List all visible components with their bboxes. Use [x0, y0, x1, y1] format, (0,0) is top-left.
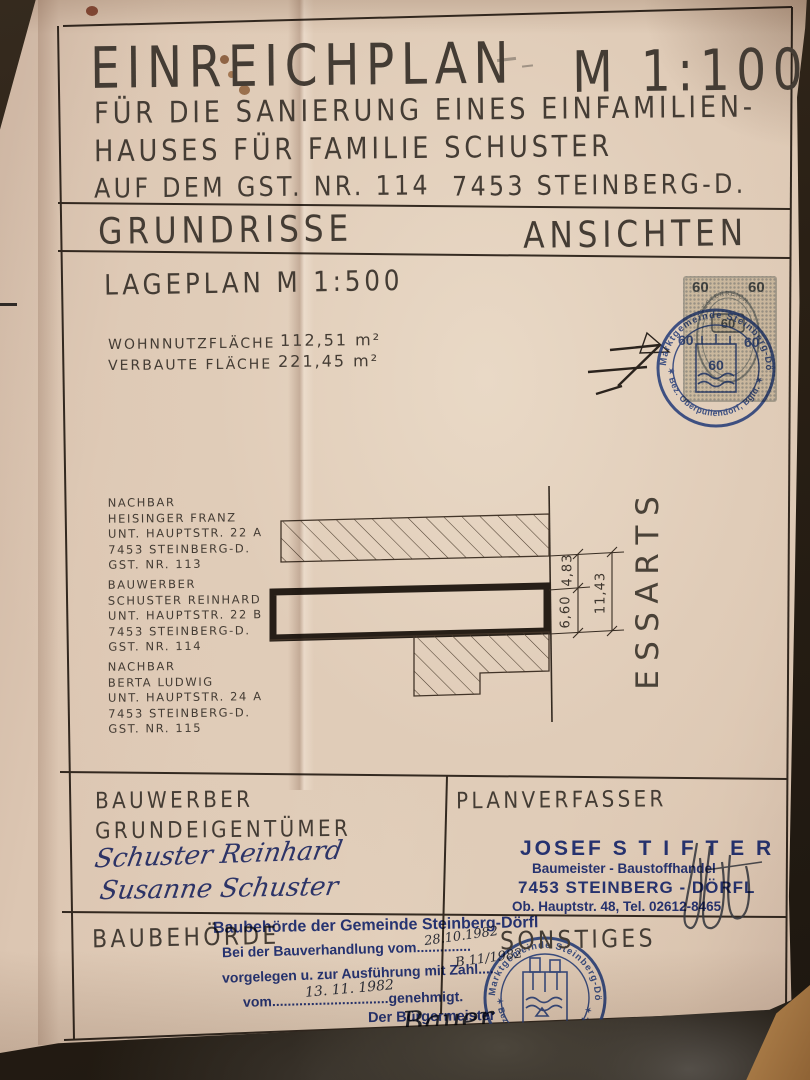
plan-subtitle-3b: 7453 STEINBERG-D. [452, 170, 747, 200]
parcel-block-applicant: BAUWERBER SCHUSTER REINHARD UNT. HAUPTST… [108, 576, 263, 655]
parcel-name: SCHUSTER REINHARD [108, 592, 263, 609]
stamp-60: 60 [708, 357, 724, 373]
parcel-street: UNT. HAUPTSTR. 22 B [108, 607, 263, 624]
owner-heading-1: BAUWERBER [95, 788, 253, 812]
parcel-role: BAUWERBER [108, 576, 263, 593]
parcel-role: NACHBAR [108, 658, 263, 675]
plan-sheet: 60 OESTERREICH 60 60 Marktgemeinde Stein… [0, 0, 810, 1080]
section-ansichten: ANSICHTEN [523, 214, 748, 253]
parcel-number: GST. NR. 115 [108, 720, 263, 737]
neighbor-building-north [281, 514, 549, 562]
applicant-building [273, 586, 547, 638]
stamp-denomination: 60 [748, 279, 765, 296]
plan-subtitle-3a: AUF DEM GST. NR. 114 [94, 172, 431, 202]
siteplan-heading: LAGEPLAN M 1:500 [104, 267, 403, 300]
street-label: STRASSE [630, 492, 664, 694]
plan-title: EINREICHPLAN [90, 35, 515, 97]
photographed-building-plan: { "title_block": { "title": "EINREICHPLA… [0, 0, 810, 1080]
section-grundrisse: GRUNDRISSE [98, 210, 353, 249]
parcel-name: HEISINGER FRANZ [108, 510, 263, 527]
parcel-town: 7453 STEINBERG-D. [108, 705, 263, 722]
planner-name: JOSEF S T I F T E R [520, 838, 774, 859]
stamp-60-left: 60 [678, 332, 694, 348]
stamp-60-right: 60 [744, 334, 760, 350]
dimension-660: 6,60 [560, 596, 573, 629]
area-value-1: 112,51 m² [280, 332, 381, 349]
stamp-coat-of-arms [523, 958, 567, 1024]
plan-subtitle-2: HAUSES FÜR FAMILIE SCHUSTER [94, 132, 613, 167]
parcel-role: NACHBAR [108, 494, 263, 511]
planner-town: 7453 STEINBERG - DÖRFL [518, 879, 755, 896]
parcel-block-north: NACHBAR HEISINGER FRANZ UNT. HAUPTSTR. 2… [108, 494, 263, 573]
parcel-number: GST. NR. 113 [108, 556, 263, 573]
area-label-2: VERBAUTE FLÄCHE [108, 358, 272, 373]
neighbor-building-south [414, 632, 549, 696]
parcel-number: GST. NR. 114 [108, 638, 263, 655]
parcel-name: BERTA LUDWIG [108, 674, 263, 691]
street-letter: E [633, 663, 661, 697]
parcel-street: UNT. HAUPTSTR. 22 A [108, 525, 263, 542]
parcel-town: 7453 STEINBERG-D. [108, 541, 263, 558]
area-label-1: WOHNNUTZFLÄCHE [108, 337, 276, 352]
owner-signature-2: Susanne Schuster [98, 874, 340, 904]
parcel-block-south: NACHBAR BERTA LUDWIG UNT. HAUPTSTR. 24 A… [108, 658, 263, 737]
dimension-total: 11,43 [595, 572, 608, 614]
area-value-2: 221,45 m² [278, 353, 379, 370]
plan-subtitle-1: FÜR DIE SANIERUNG EINES EINFAMILIEN- [94, 92, 756, 128]
planner-heading: PLANVERFASSER [456, 788, 667, 813]
dimension-483: 4,83 [562, 554, 575, 587]
parcel-town: 7453 STEINBERG-D. [108, 623, 263, 640]
stamp-denomination: 60 [692, 279, 709, 296]
planner-address: Ob. Hauptstr. 48, Tel. 02612-8465 [512, 900, 721, 914]
parcel-street: UNT. HAUPTSTR. 24 A [108, 689, 263, 706]
planner-profession: Baumeister - Baustoffhandel [532, 862, 716, 876]
